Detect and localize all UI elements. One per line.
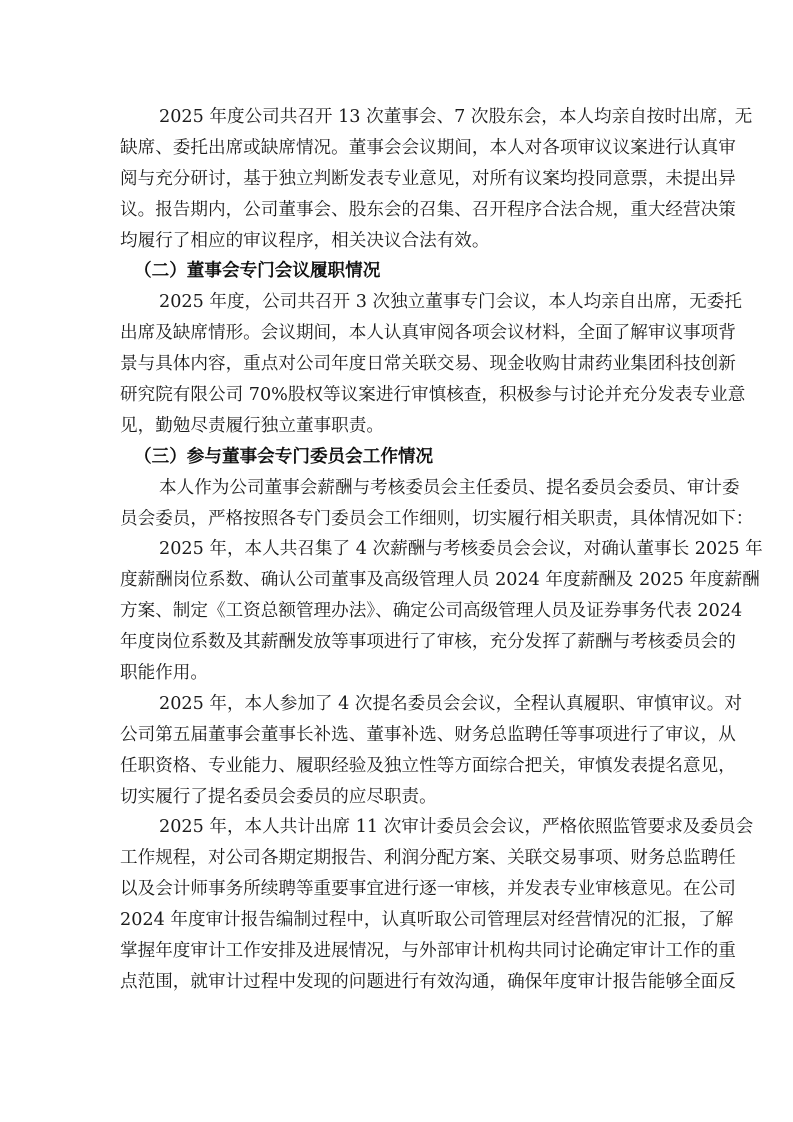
text-line: 公司第五届董事会董事长补选、董事补选、财务总监聘任等事项进行了审议，从 [120, 720, 673, 751]
text-line: 切实履行了提名委员会委员的应尽职责。 [120, 782, 673, 813]
text-line: 点范围，就审计过程中发现的问题进行有效沟通，确保年度审计报告能够全面反 [120, 967, 673, 998]
text-line: 以及会计师事务所续聘等重要事宜进行逐一审核，并发表专业审核意见。在公司 [120, 874, 673, 905]
text-line: 缺席、委托出席或缺席情况。董事会会议期间，本人对各项审议议案进行认真审 [120, 133, 673, 164]
text-line: 2025 年度公司共召开 13 次董事会、7 次股东会，本人均亲自按时出席，无 [120, 102, 673, 133]
text-line: 年度岗位系数及其薪酬发放等事项进行了审核，充分发挥了薪酬与考核委员会的 [120, 627, 673, 658]
text-line: 方案、制定《工资总额管理办法》、确定公司高级管理人员及证券事务代表 2024 [120, 596, 673, 627]
text-line: 出席及缺席情形。会议期间，本人认真审阅各项会议材料，全面了解审议事项背 [120, 318, 673, 349]
text-line: 2024 年度审计报告编制过程中，认真听取公司管理层对经营情况的汇报，了解 [120, 905, 673, 936]
text-line: 工作规程，对公司各期定期报告、利润分配方案、关联交易事项、财务总监聘任 [120, 843, 673, 874]
text-line: 员会委员，严格按照各专门委员会工作细则，切实履行相关职责，具体情况如下： [120, 504, 673, 535]
text-line: 2025 年，本人共计出席 11 次审计委员会会议，严格依照监管要求及委员会 [120, 812, 673, 843]
text-line: 议。报告期内，公司董事会、股东会的召集、召开程序合法合规，重大经营决策 [120, 195, 673, 226]
paragraph-audit-committee: 2025 年，本人共计出席 11 次审计委员会会议，严格依照监管要求及委员会 工… [120, 812, 673, 997]
text-line: 2025 年，本人共召集了 4 次薪酬与考核委员会会议，对确认董事长 2025 … [120, 534, 673, 565]
text-line: 阅与充分研讨，基于独立判断发表专业意见，对所有议案均投同意票，未提出异 [120, 164, 673, 195]
paragraph-special-meetings: 2025 年度，公司共召开 3 次独立董事专门会议，本人均亲自出席，无委托 出席… [120, 287, 673, 441]
document-page: 2025 年度公司共召开 13 次董事会、7 次股东会，本人均亲自按时出席，无 … [0, 0, 793, 1122]
text-line: 均履行了相应的审议程序，相关决议合法有效。 [120, 226, 673, 257]
paragraph-board-meetings: 2025 年度公司共召开 13 次董事会、7 次股东会，本人均亲自按时出席，无 … [120, 102, 673, 256]
paragraph-nomination-committee: 2025 年，本人参加了 4 次提名委员会会议，全程认真履职、审慎审议。对 公司… [120, 689, 673, 813]
section-heading-special-meetings: （二）董事会专门会议履职情况 [120, 256, 673, 287]
paragraph-committee-roles: 本人作为公司董事会薪酬与考核委员会主任委员、提名委员会委员、审计委 员会委员，严… [120, 473, 673, 535]
text-line: 2025 年，本人参加了 4 次提名委员会会议，全程认真履职、审慎审议。对 [120, 689, 673, 720]
text-line: 见，勤勉尽责履行独立董事职责。 [120, 411, 673, 442]
section-heading-committee-work: （三）参与董事会专门委员会工作情况 [120, 442, 673, 473]
text-line: 研究院有限公司 70%股权等议案进行审慎核查，积极参与讨论并充分发表专业意 [120, 380, 673, 411]
text-line: 任职资格、专业能力、履职经验及独立性等方面综合把关，审慎发表提名意见， [120, 751, 673, 782]
text-line: 景与具体内容，重点对公司年度日常关联交易、现金收购甘肃药业集团科技创新 [120, 349, 673, 380]
document-body: 2025 年度公司共召开 13 次董事会、7 次股东会，本人均亲自按时出席，无 … [120, 102, 673, 998]
text-line: 2025 年度，公司共召开 3 次独立董事专门会议，本人均亲自出席，无委托 [120, 287, 673, 318]
text-line: 职能作用。 [120, 658, 673, 689]
text-line: 本人作为公司董事会薪酬与考核委员会主任委员、提名委员会委员、审计委 [120, 473, 673, 504]
text-line: 度薪酬岗位系数、确认公司董事及高级管理人员 2024 年度薪酬及 2025 年度… [120, 565, 673, 596]
text-line: 掌握年度审计工作安排及进展情况，与外部审计机构共同讨论确定审计工作的重 [120, 936, 673, 967]
paragraph-compensation-committee: 2025 年，本人共召集了 4 次薪酬与考核委员会会议，对确认董事长 2025 … [120, 534, 673, 688]
